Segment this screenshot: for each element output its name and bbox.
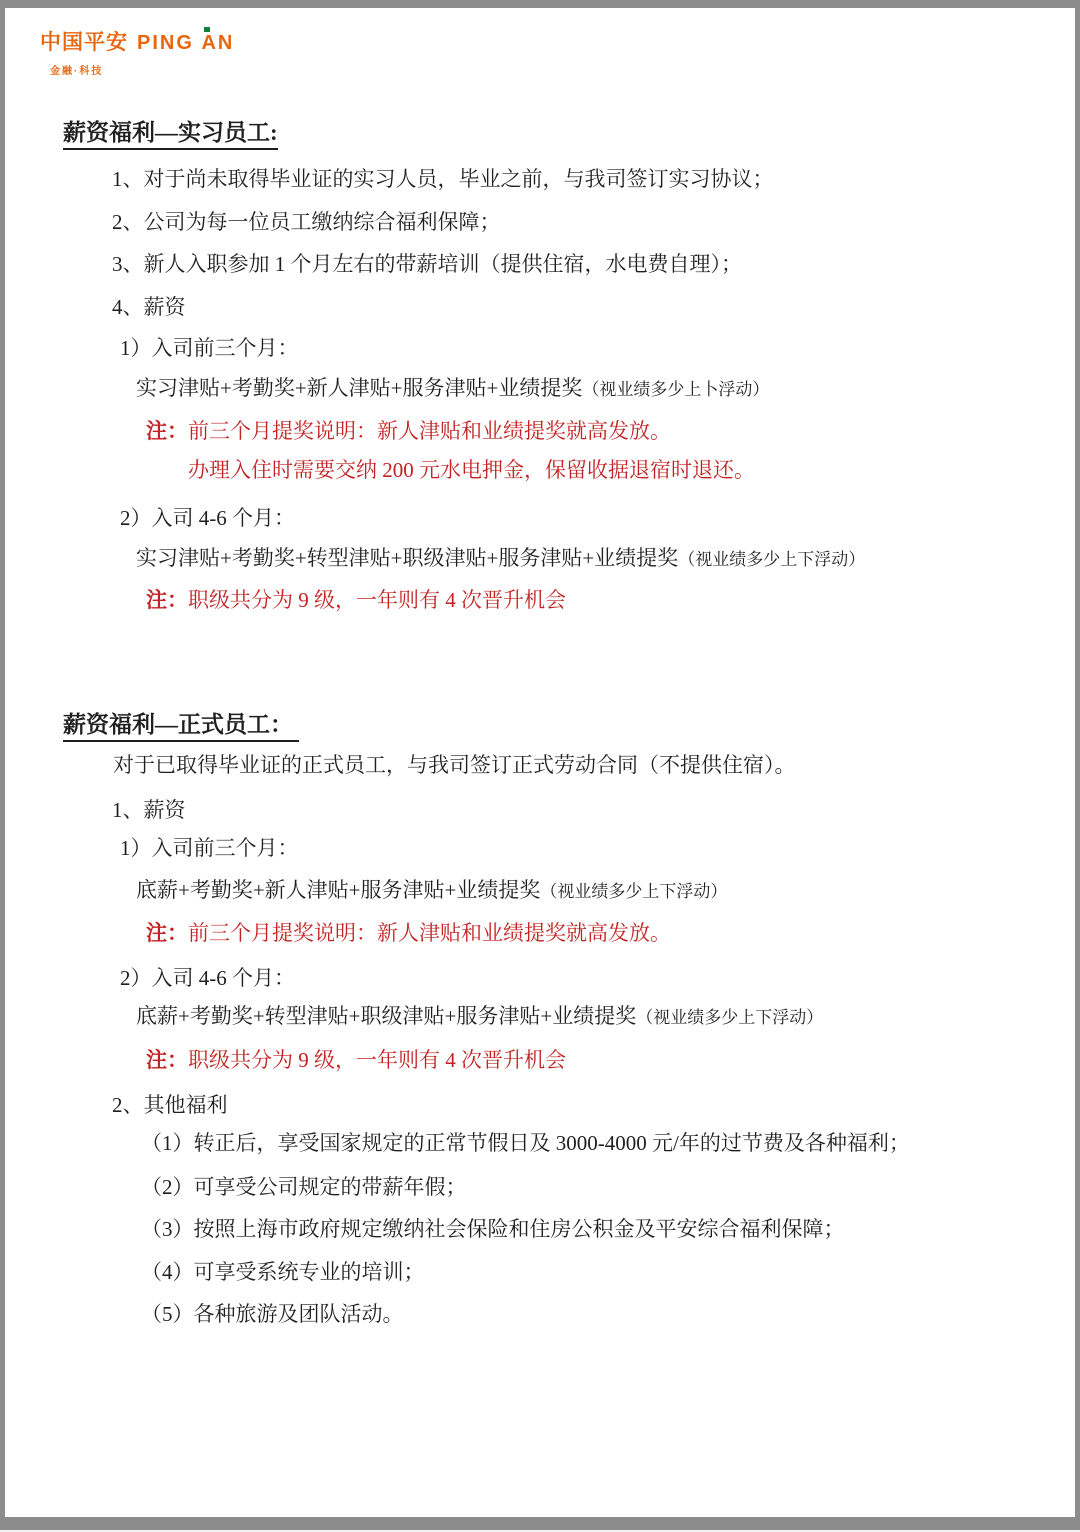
regular-item-1: 1、薪资 xyxy=(112,797,186,823)
regular-benefit-3: （3）按照上海市政府规定缴纳社会保险和住房公积金及平安综合福利保障； xyxy=(141,1216,845,1242)
note-label: 注： xyxy=(146,921,188,945)
intern-section-heading: 薪资福利—实习员工: xyxy=(63,120,278,146)
intern-item-2: 2、公司为每一位员工缴纳综合福利保障； xyxy=(112,209,501,235)
regular-benefit-1: （1）转正后，享受国家规定的正常节假日及 3000-4000 元/年的过节费及各… xyxy=(141,1130,910,1156)
regular-sub2-title: 2）入司 4-6 个月： xyxy=(120,965,295,991)
document-page: 中国平安 PING AN 金融·科技 薪资福利—实习员工: 1、对于尚未取得毕业… xyxy=(5,8,1075,1517)
pingan-logo: 中国平安 PING AN 金融·科技 xyxy=(40,26,234,77)
regular-benefit-5: （5）各种旅游及团队活动。 xyxy=(141,1301,404,1327)
logo-green-dot-icon xyxy=(204,27,210,32)
regular-sub1-formula-note: （视业绩多少上下浮动） xyxy=(540,882,727,901)
intern-sub1-formula: 实习津贴+考勤奖+新人津贴+服务津贴+业绩提奖（视业绩多少上卜浮动） xyxy=(136,375,769,403)
intern-sub2-formula-note: （视业绩多少上下浮动） xyxy=(678,550,865,569)
regular-item-2: 2、其他福利 xyxy=(112,1092,228,1118)
regular-sub2-note: 注：职级共分为 9 级，一年则有 4 次晋升机会 xyxy=(146,1047,566,1073)
document-scan: { "logo": { "cn": "中国平安", "en_part1": "P… xyxy=(0,0,1080,1532)
intern-sub1-note2: 办理入住时需要交纳 200 元水电押金，保留收据退宿时退还。 xyxy=(188,457,755,483)
logo-cn-wordmark: 中国平安 xyxy=(40,26,128,56)
note-label: 注： xyxy=(146,419,188,443)
note-label: 注： xyxy=(146,588,188,612)
regular-section-heading: 薪资福利—正式员工： xyxy=(63,712,299,738)
regular-sub2-formula: 底薪+考勤奖+转型津贴+职级津贴+服务津贴+业绩提奖（视业绩多少上下浮动） xyxy=(136,1003,823,1031)
regular-benefit-2: （2）可享受公司规定的带薪年假； xyxy=(141,1174,467,1200)
regular-sub1-formula: 底薪+考勤奖+新人津贴+服务津贴+业绩提奖（视业绩多少上下浮动） xyxy=(136,877,727,905)
intern-sub1-formula-note: （视业绩多少上卜浮动） xyxy=(582,380,769,399)
intern-sub2-title: 2）入司 4-6 个月： xyxy=(120,505,295,531)
logo-subtitle: 金融·科技 xyxy=(50,62,234,77)
intern-sub2-formula: 实习津贴+考勤奖+转型津贴+职级津贴+服务津贴+业绩提奖（视业绩多少上下浮动） xyxy=(136,545,865,573)
note-label: 注： xyxy=(146,1048,188,1072)
intern-sub2-note: 注：职级共分为 9 级，一年则有 4 次晋升机会 xyxy=(146,587,566,613)
regular-benefit-4: （4）可享受系统专业的培训； xyxy=(141,1259,425,1285)
logo-en-wordmark: PING AN xyxy=(137,32,234,55)
intern-sub1-title: 1）入司前三个月： xyxy=(120,335,299,361)
regular-sub1-note: 注：前三个月提奖说明：新人津贴和业绩提奖就高发放。 xyxy=(146,920,671,946)
intern-item-1: 1、对于尚未取得毕业证的实习人员，毕业之前，与我司签订实习协议； xyxy=(112,166,774,192)
intern-item-4: 4、薪资 xyxy=(112,294,186,320)
regular-sub2-formula-note: （视业绩多少上下浮动） xyxy=(636,1008,823,1027)
intern-sub1-note1: 注：前三个月提奖说明：新人津贴和业绩提奖就高发放。 xyxy=(146,418,671,444)
regular-intro: 对于已取得毕业证的正式员工，与我司签订正式劳动合同（不提供住宿）。 xyxy=(113,752,796,778)
regular-sub1-title: 1）入司前三个月： xyxy=(120,835,299,861)
intern-item-3: 3、新人入职参加 1 个月左右的带薪培训（提供住宿，水电费自理）； xyxy=(112,251,742,277)
